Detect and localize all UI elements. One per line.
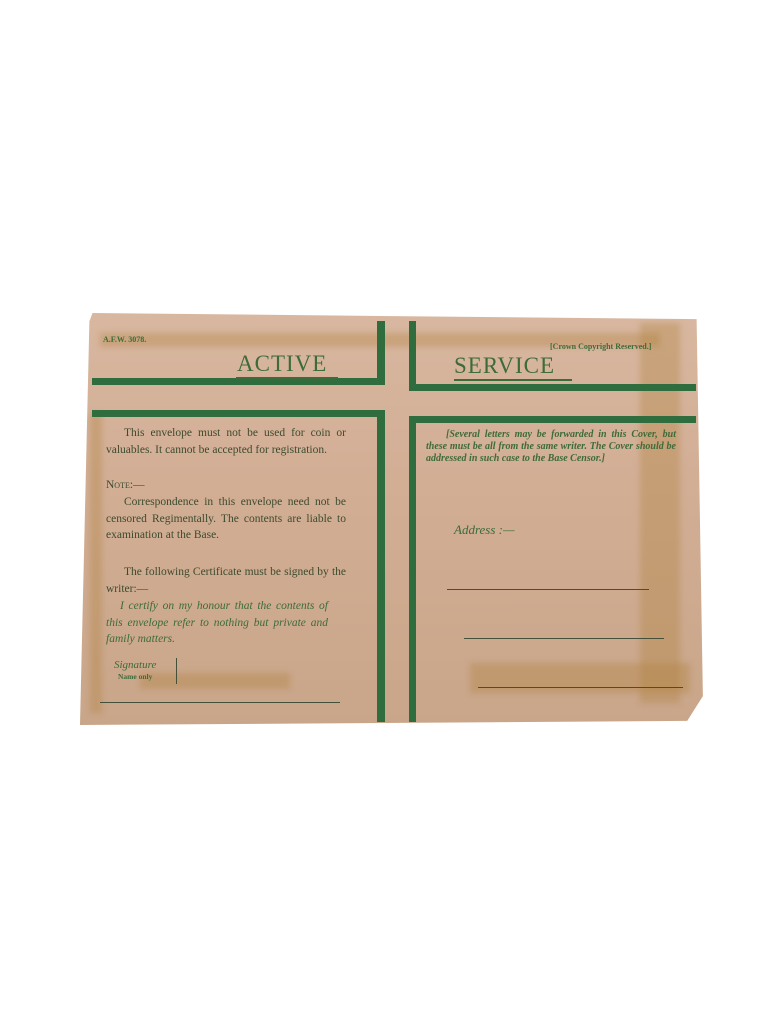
warning-text: This envelope must not be used for coin … — [106, 425, 346, 458]
active-service-envelope: A.F.W. 3078. [Crown Copyright Reserved.]… — [80, 313, 706, 725]
water-stain — [90, 413, 102, 713]
certificate-intro: The following Certificate must be signed… — [106, 564, 346, 597]
heading-service-underline — [454, 379, 572, 381]
cross-bar-top-right — [409, 384, 696, 391]
signature-bracket — [176, 658, 177, 684]
certificate-text: I certify on my honour that the contents… — [106, 598, 328, 648]
cross-bar-left-upright — [377, 321, 385, 385]
water-stain — [140, 673, 290, 689]
heading-service: SERVICE — [454, 353, 555, 379]
heading-active: ACTIVE — [237, 351, 327, 377]
note-label: Note:— — [106, 477, 145, 494]
address-line-2[interactable] — [464, 638, 664, 639]
note-text: Correspondence in this envelope need not… — [106, 494, 346, 544]
water-stain — [640, 323, 680, 703]
forwarding-instructions: [Several letters may be forwarded in thi… — [426, 429, 676, 465]
address-line-3[interactable] — [478, 687, 683, 688]
form-number: A.F.W. 3078. — [103, 335, 146, 344]
cross-bar-right-upright — [409, 321, 416, 391]
address-line-1[interactable] — [447, 589, 649, 590]
signature-line — [100, 702, 340, 703]
cross-bar-mid-left — [92, 410, 385, 417]
address-label: Address :— — [454, 522, 515, 539]
cross-bar-lower-left — [377, 410, 385, 722]
cross-bar-mid-right — [409, 416, 696, 423]
signature-sublabel: Name only — [118, 672, 152, 681]
cross-bar-top-left — [92, 378, 385, 385]
water-stain — [470, 663, 690, 693]
heading-active-underline — [236, 377, 338, 379]
cross-bar-lower-right — [409, 416, 416, 722]
copyright-notice: [Crown Copyright Reserved.] — [550, 342, 651, 351]
